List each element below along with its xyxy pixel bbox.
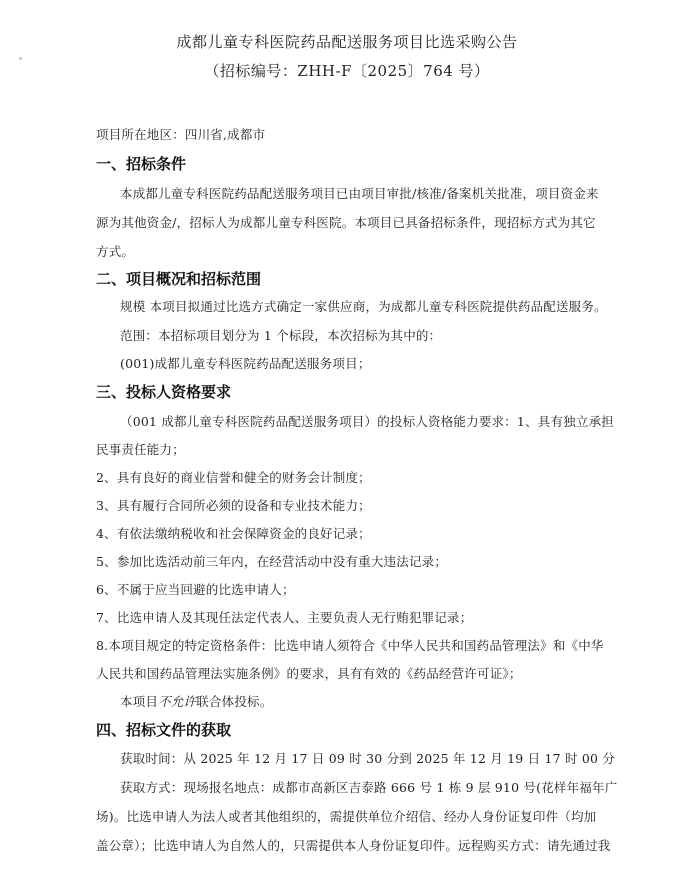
section-4-line: 场)。比选申请人为法人或者其他组织的，需提供单位介绍信、经办人身份证复印件（均加 [96, 807, 616, 825]
section-2-line: (001)成都儿童专科医院药品配送服务项目； [120, 354, 640, 372]
section-3-line: 民事责任能力； [96, 440, 616, 458]
consortium-note-emphasis: 不允许 [158, 694, 196, 709]
section-2-line: 规模 本项目拟通过比选方式确定一家供应商，为成都儿童专科医院提供药品配送服务。 [120, 297, 640, 315]
section-heading-3: 三、投标人资格要求 [96, 381, 231, 402]
section-4-line: 获取时间：从 2025 年 12 月 17 日 09 时 30 分到 2025 … [120, 749, 640, 767]
consortium-note-prefix: 本项目 [120, 694, 158, 709]
section-3-line: 4、有依法缴纳税收和社会保障资金的良好记录； [96, 524, 616, 542]
section-3-line: 3、具有履行合同所必须的设备和专业技术能力； [96, 496, 616, 514]
section-3-line: （001 成都儿童专科医院药品配送服务项目）的投标人资格能力要求：1、具有独立承… [120, 412, 640, 430]
section-1-line: 方式。 [96, 242, 616, 260]
section-4-line: 获取方式：现场报名地点：成都市高新区吉泰路 666 号 1 栋 9 层 910 … [120, 778, 640, 796]
section-1-line: 源为其他资金/，招标人为成都儿童专科医院。本项目已具备招标条件，现招标方式为其它 [96, 213, 616, 231]
section-3-line: 6、不属于应当回避的比选申请人； [96, 580, 616, 598]
section-1-line: 本成都儿童专科医院药品配送服务项目已由项目审批/核准/备案机关批准，项目资金来 [120, 184, 640, 202]
section-heading-2: 二、项目概况和招标范围 [96, 268, 261, 289]
section-3-line: 5、参加比选活动前三年内，在经营活动中没有重大违法记录； [96, 552, 616, 570]
section-4-line: 盖公章）；比选申请人为自然人的，只需提供本人身份证复印件。远程购买方式：请先通过… [96, 836, 616, 854]
consortium-note: 本项目不允许联合体投标。 [120, 692, 640, 710]
project-region: 项目所在地区：四川省,成都市 [96, 125, 616, 143]
section-3-line: 2、具有良好的商业信誉和健全的财务会计制度； [96, 468, 616, 486]
tender-number: （招标编号：ZHH-F〔2025〕764 号） [0, 60, 694, 81]
section-3-line: 8.本项目规定的特定资格条件：比选申请人须符合《中华人民共和国药品管理法》和《中… [96, 636, 616, 654]
section-heading-1: 一、招标条件 [96, 153, 186, 174]
section-3-line: 7、比选申请人及其现任法定代表人、主要负责人无行贿犯罪记录； [96, 608, 616, 626]
section-3-line: 人民共和国药品管理法实施条例》的要求，具有有效的《药品经营许可证》； [96, 664, 616, 682]
document-page: 成都儿童专科医院药品配送服务项目比选采购公告 （招标编号：ZHH-F〔2025〕… [0, 0, 694, 877]
section-heading-4: 四、招标文件的获取 [96, 719, 231, 740]
section-2-line: 范围：本招标项目划分为 1 个标段，本次招标为其中的： [120, 326, 640, 344]
document-title: 成都儿童专科医院药品配送服务项目比选采购公告 [0, 31, 694, 52]
consortium-note-suffix: 联合体投标。 [196, 694, 272, 709]
